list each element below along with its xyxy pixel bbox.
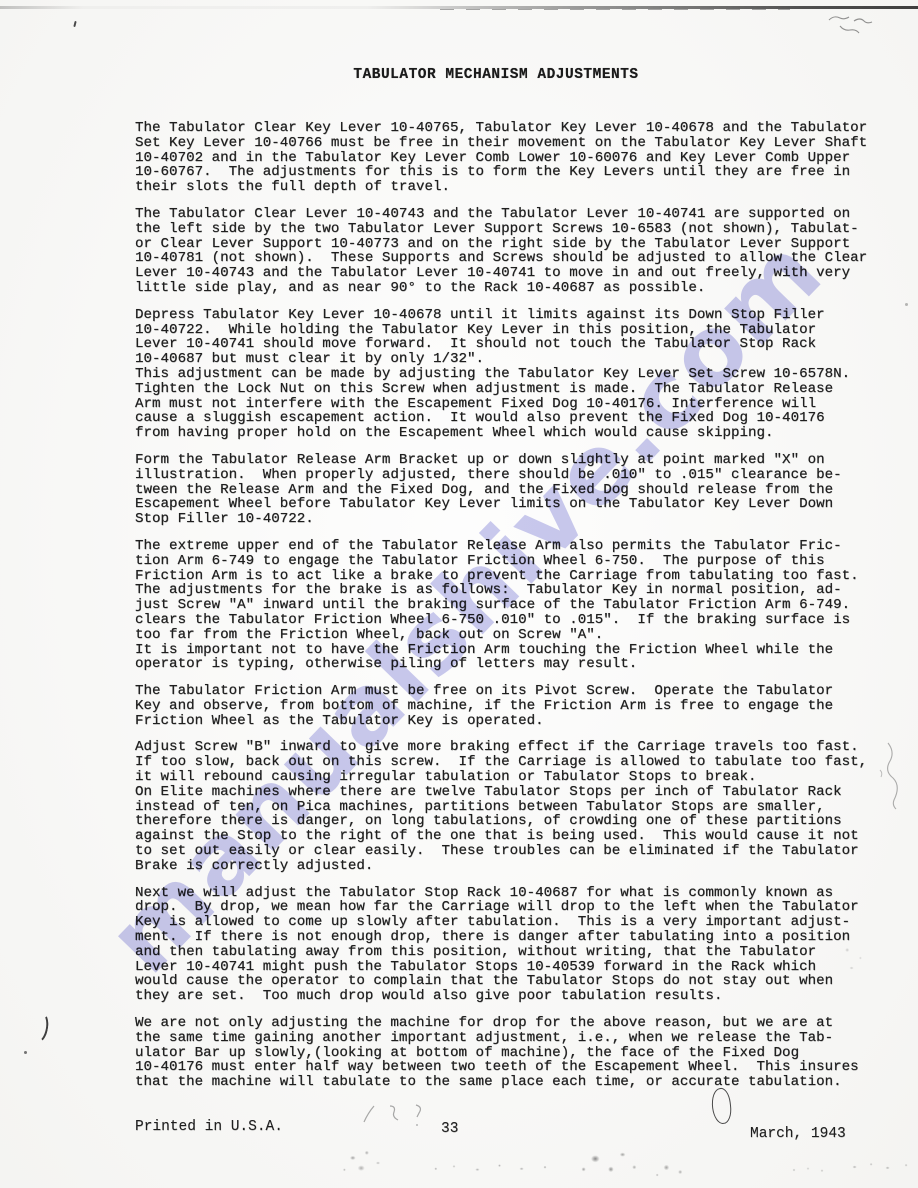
text-line: Set Key Lever 10-40766 must be free in t… xyxy=(135,136,905,151)
text-line: Escapement Wheel before Tabulator Key Le… xyxy=(135,497,905,512)
footer-date: March, 1943 xyxy=(750,1126,846,1142)
text-line: The adjustments for the brake is as foll… xyxy=(135,583,905,598)
text-line: The extreme upper end of the Tabulator R… xyxy=(135,539,905,554)
footer-printed-in: Printed in U.S.A. xyxy=(135,1119,283,1135)
text-line: it will rebound causing irregular tabula… xyxy=(135,770,905,785)
text-line: ment. If there is not enough drop, there… xyxy=(135,930,905,945)
text-line: 10-40176 must enter half way between two… xyxy=(135,1060,905,1075)
paragraph: Next we will adjust the Tabulator Stop R… xyxy=(135,886,905,1004)
text-line: cause a sluggish escapement action. It w… xyxy=(135,411,905,426)
page-title: TABULATOR MECHANISM ADJUSTMENTS xyxy=(37,67,918,83)
paragraph: We are not only adjusting the machine fo… xyxy=(135,1016,905,1090)
text-line: illustration. When properly adjusted, th… xyxy=(135,468,905,483)
text-line: Lever 10-40743 and the Tabulator Lever 1… xyxy=(135,266,905,281)
text-line: would cause the operator to complain tha… xyxy=(135,974,905,989)
text-line: 10-40687 but must clear it by only 1/32"… xyxy=(135,352,905,367)
text-line: 10-40781 (not shown). These Supports and… xyxy=(135,251,905,266)
text-line: from having proper hold on the Escapemen… xyxy=(135,426,905,441)
text-line: Brake is correctly adjusted. xyxy=(135,859,905,874)
paragraph: The Tabulator Clear Lever 10-40743 and t… xyxy=(135,207,905,296)
paragraph: The Tabulator Clear Key Lever 10-40765, … xyxy=(135,121,905,195)
text-line: The Tabulator Clear Lever 10-40743 and t… xyxy=(135,207,905,222)
text-line: too far from the Friction Wheel, back ou… xyxy=(135,628,905,643)
text-line: If too slow, back out on this screw. If … xyxy=(135,755,905,770)
document-body: The Tabulator Clear Key Lever 10-40765, … xyxy=(135,121,905,1102)
text-line: The Tabulator Friction Arm must be free … xyxy=(135,684,905,699)
text-line: Key and observe, from bottom of machine,… xyxy=(135,699,905,714)
text-line: The Tabulator Clear Key Lever 10-40765, … xyxy=(135,121,905,136)
scanned-page: { "page": { "title": "TABULATOR MECHANIS… xyxy=(0,0,918,1188)
text-line: Key is allowed to come up slowly after t… xyxy=(135,915,905,930)
text-line: little side play, and as near 90° to the… xyxy=(135,281,905,296)
paragraph: The Tabulator Friction Arm must be free … xyxy=(135,684,905,728)
stray-dot xyxy=(905,303,908,306)
text-line: their slots the full depth of travel. xyxy=(135,180,905,195)
paragraph: Adjust Screw "B" inward to give more bra… xyxy=(135,740,905,873)
text-line: that the machine will tabulate to the sa… xyxy=(135,1075,905,1090)
text-line: just Screw "A" inward until the braking … xyxy=(135,598,905,613)
text-line: against the Stop to the right of the one… xyxy=(135,829,905,844)
text-line: Depress Tabulator Key Lever 10-40678 unt… xyxy=(135,308,905,323)
text-line: the left side by the two Tabulator Lever… xyxy=(135,222,905,237)
text-line: 10-60767. The adjustments for this is to… xyxy=(135,165,905,180)
text-line: the same time gaining another important … xyxy=(135,1031,905,1046)
text-line: they are set. Too much drop would also g… xyxy=(135,989,905,1004)
text-line: tion Arm 6-749 to engage the Tabulator F… xyxy=(135,554,905,569)
text-line: We are not only adjusting the machine fo… xyxy=(135,1016,905,1031)
text-line: and then tabulating away from this posit… xyxy=(135,945,905,960)
paragraph: Form the Tabulator Release Arm Bracket u… xyxy=(135,453,905,527)
paragraph: Depress Tabulator Key Lever 10-40678 unt… xyxy=(135,308,905,441)
text-line: Lever 10-40741 should move forward. It s… xyxy=(135,337,905,352)
text-line: Tighten the Lock Nut on this Screw when … xyxy=(135,382,905,397)
stray-dot xyxy=(24,1051,27,1054)
text-line: This adjustment can be made by adjusting… xyxy=(135,367,905,382)
text-line: to set out easily or clear easily. These… xyxy=(135,844,905,859)
text-line: Stop Filler 10-40722. xyxy=(135,512,905,527)
text-line: clears the Tabulator Friction Wheel 6-75… xyxy=(135,613,905,628)
page-number: 33 xyxy=(441,1121,458,1137)
text-line: On Elite machines where there are twelve… xyxy=(135,785,905,800)
text-line: operator is typing, otherwise piling of … xyxy=(135,657,905,672)
text-line: Form the Tabulator Release Arm Bracket u… xyxy=(135,453,905,468)
paragraph: The extreme upper end of the Tabulator R… xyxy=(135,539,905,672)
text-line: Friction Wheel as the Tabulator Key is o… xyxy=(135,714,905,729)
